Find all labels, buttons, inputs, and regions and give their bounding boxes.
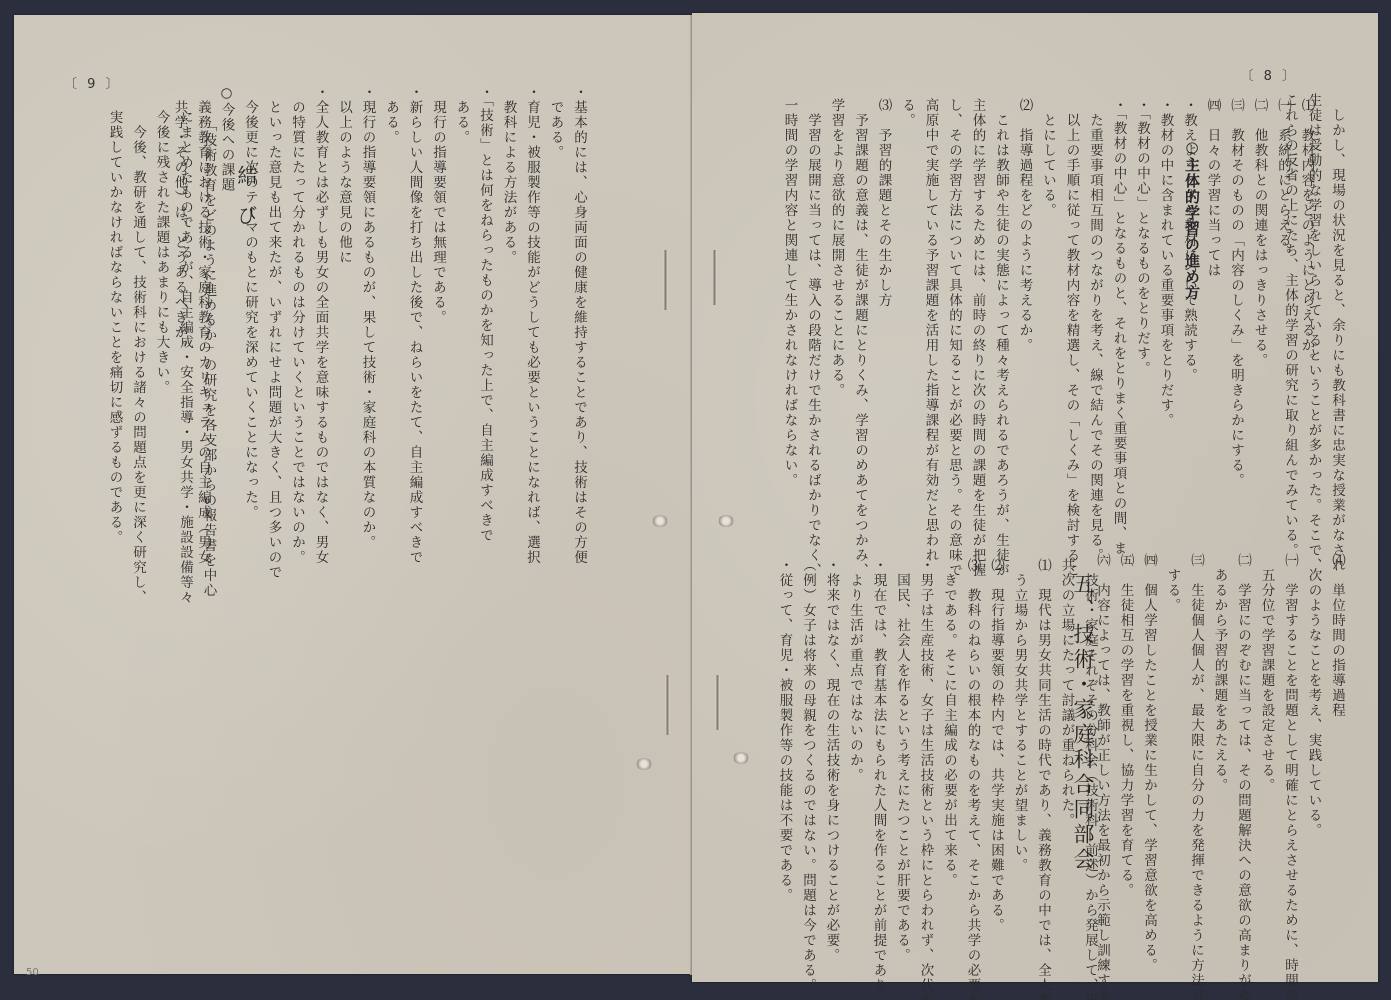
text-line: 五分位で学習課題を設定させる。 (1254, 553, 1278, 953)
text-line: ・「技術」とは何をねらったものかを知った上で、自主編成すべきで (473, 85, 497, 555)
paper-tear (733, 752, 749, 764)
text-line: より生活が重点ではないのか。 (843, 558, 867, 958)
text-line: ・現在では、教育基本法にもられた人間を作ることが前提であり、生産 (866, 558, 890, 958)
text-line: 共次の立場にたって討議が重ねられた。 (1054, 558, 1078, 958)
text-line: ⑵ 現行指導要領の枠内では、共学実施は困難である。 (984, 558, 1008, 958)
text-line: る。 (895, 98, 919, 518)
paper-tear (652, 515, 668, 527)
text-line: ・新らしい人間像を打ち出した後で、ねらいをたて、自主編成すべきで (402, 85, 426, 555)
text-line: ㈣ 日々の学習に当っては (1200, 98, 1224, 518)
text-line: ㈡ 他教科との関連をはっきりさせる。 (1247, 98, 1271, 518)
text-line: これは教師や生徒の実態によって種々考えられるであろうが、生徒が (989, 98, 1013, 518)
text-line: ㈠ 系統的にとらえる。 (1271, 98, 1295, 518)
text-line: とにしている。 (1036, 98, 1060, 518)
subjective-learning-body: ⑴ 教材内容をどのようにとらえるか。㈠ 系統的にとらえる。㈡ 他教科との関連をは… (777, 98, 1318, 518)
text-line: ・「教材の中心」となるものをとりだす。 (1130, 98, 1154, 518)
text-line: 「技術教育をどのように進めるか」の研究を各支部からの報告書を中心 (196, 110, 220, 580)
text-line: ⑷ 単位時間の指導過程 (1325, 553, 1349, 953)
text-line: し、その学習方法について具体的に知ることが必要と思う。その意味で (942, 98, 966, 518)
paper-tear (718, 515, 734, 527)
staple-hole (715, 675, 720, 730)
text-line: ㈢ 教材そのものの「内容のしくみ」を明きらかにする。 (1224, 98, 1248, 518)
text-line: 主体的に学習するためには、前時の終りに次の時間の課題を生徒が把握 (965, 98, 989, 518)
text-line: 現行の指導要領では無理である。 (426, 85, 450, 555)
text-line: う立場から男女共学とすることが望ましい。 (1007, 558, 1031, 958)
text-line: ある。 (379, 85, 403, 555)
text-line: する。 (1160, 553, 1184, 953)
joint-session-body: 技術・家庭それぞその分科会（技術科―前述）から発展して、男女双方共次の立場にたっ… (772, 558, 1101, 958)
conclusion-body: 「技術教育をどのように進めるか」の研究を各支部からの報告書を中心にまとめたもので… (102, 110, 220, 580)
left-page: 〔 9 〕 ・基本的には、心身両面の健康を維持することであり、技術はその方便 で… (14, 15, 690, 974)
text-line: ・将来ではなく、現在の生活技術を身につけることが必要。 (819, 558, 843, 958)
unit-time-guidance-block: ⑷ 単位時間の指導過程 次のようなことを考え、実践している。㈠ 学習することを問… (1090, 553, 1349, 953)
text-line: 技術・家庭それぞその分科会（技術科―前述）から発展して、男女双方 (1078, 558, 1102, 958)
text-line: 今後、教研を通して、技術科における諸々の問題点を更に深く研究し、 (126, 110, 150, 580)
text-line: ・「教材の中心」となるものと、それをとりまく重要事項との間、ま (1106, 98, 1130, 518)
text-line: 学習をより意欲的に展開させることにある。 (824, 98, 848, 518)
text-line: きである。そこに自主編成の必要が出て来る。 (937, 558, 961, 958)
staple-hole (665, 675, 670, 735)
text-line: ㈡ 学習にのぞむに当っては、その問題解決への意欲の高まりが必要で (1231, 553, 1255, 953)
text-line: 予習課題の意義は、生徒が課題にとりくみ、学習のめあてをつかみ、 (848, 98, 872, 518)
text-line: ⑴ 教材内容をどのようにとらえるか。 (1294, 98, 1318, 518)
text-line: ・男子は生産技術、女子は生活技術という枠にとらわれず、次代を担う (913, 558, 937, 958)
text-line: といった意見も出て来たが、いずれにせよ問題が大きく、且つ多いので (261, 85, 285, 555)
text-line: ⑵ 指導過程をどのように考えるか。 (1012, 98, 1036, 518)
text-line: 今後に残された課題はあまりにも大きい。 (149, 110, 173, 580)
text-line: 次のようなことを考え、実践している。 (1301, 553, 1325, 953)
text-line: ⑶ 教科のねらいの根本的なものを考えて、そこから共学の必要を出すべ (960, 558, 984, 958)
text-line: ⑴ 現代は男女共同生活の時代であり、義務教育の中では、全人教育とい (1031, 558, 1055, 958)
text-line: ・従って、育児・被服製作等の技能は不要である。 (772, 558, 796, 958)
text-line: しかし、現場の状況を見ると、余りにも教科書に忠実な授業がなされ (1325, 93, 1349, 513)
text-line: ・現行の指導要領にあるものが、果して技術・家庭科の本質なのか。 (355, 85, 379, 555)
text-line: 以上のような意見の他に (332, 85, 356, 555)
text-line: にまとめたものであるが、自主編成・安全指導・男女共学・施設設備等々 (173, 110, 197, 580)
page-number-9: 〔 9 〕 (64, 73, 122, 92)
text-line: の特質にたって分かれるものは分けていくということではないのか。 (285, 85, 309, 555)
text-line: ㈣ 個人学習したことを授業に生かして、学習意欲を高める。 (1137, 553, 1161, 953)
text-line: 今後更に次のテーマのもとに研究を深めていくことになった。 (238, 85, 262, 555)
text-line: 以上の手順に従って教材内容を精選し、その「しくみ」を検討するこ (1059, 98, 1083, 518)
text-line: ㈢ 生徒個人個人が、最大限に自分の力を発揮できるように方法分析 (1184, 553, 1208, 953)
text-line: 実践していかなければならないことを痛切に感ずるものである。 (102, 110, 126, 580)
text-line: （例）女子は将来の母親をつくるのではない。問題は今である。 (796, 558, 820, 958)
page-number-8: 〔 8 〕 (1240, 65, 1298, 84)
text-line: ㈠ 学習することを問題として明確にとらえさせるために、時間の終り (1278, 553, 1302, 953)
text-line: ㈤ 生徒相互の学習を重視し、協力学習を育てる。 (1113, 553, 1137, 953)
text-line: 教科による方法がある。 (496, 85, 520, 555)
text-line: 一時間の学習内容と関連して生かされなければならない。 (777, 98, 801, 518)
staple-hole (663, 250, 668, 310)
paper-tear (636, 758, 652, 770)
text-line: ・基本的には、心身両面の健康を維持することであり、技術はその方便 (567, 85, 591, 555)
text-line: ・全人教育とは必ずしも男女の全面共学を意味するものではなく、男女 (308, 85, 332, 555)
text-line: 国民、社会人を作るという考えにたつことが肝要である。 (890, 558, 914, 958)
text-line: である。 (543, 85, 567, 555)
text-line: ⑶ 予習的課題とその生かし方 (871, 98, 895, 518)
text-line: た重要事項相互間のつながりを考え、線で結んでその関連を見る。 (1083, 98, 1107, 518)
text-line: ・教材の中に含まれている重要事項をとりだす。 (1153, 98, 1177, 518)
left-discussion-block: ・基本的には、心身両面の健康を維持することであり、技術はその方便 である。・育児… (167, 85, 590, 555)
text-line: あるから予習的課題をあたえる。 (1207, 553, 1231, 953)
text-line: ・育児・被服製作等の技能がどうしても必要ということになれば、選択 (520, 85, 544, 555)
right-page: 〔 8 〕 しかし、現場の状況を見ると、余りにも教科書に忠実な授業がなされ生徒は… (692, 13, 1378, 982)
text-line: 学習の展開に当っては、導入の段階だけで生かされるばかりでなく、 (801, 98, 825, 518)
staple-hole (712, 250, 717, 305)
text-line: ・教えようとする教材について熟読する。 (1177, 98, 1201, 518)
text-line: ある。 (449, 85, 473, 555)
conclusion-heading: 結 び (232, 165, 261, 225)
text-line: 高原中で実施している予習課題を活用した指導課程が有効だと思われ (918, 98, 942, 518)
pencil-mark: 50 (26, 967, 39, 978)
